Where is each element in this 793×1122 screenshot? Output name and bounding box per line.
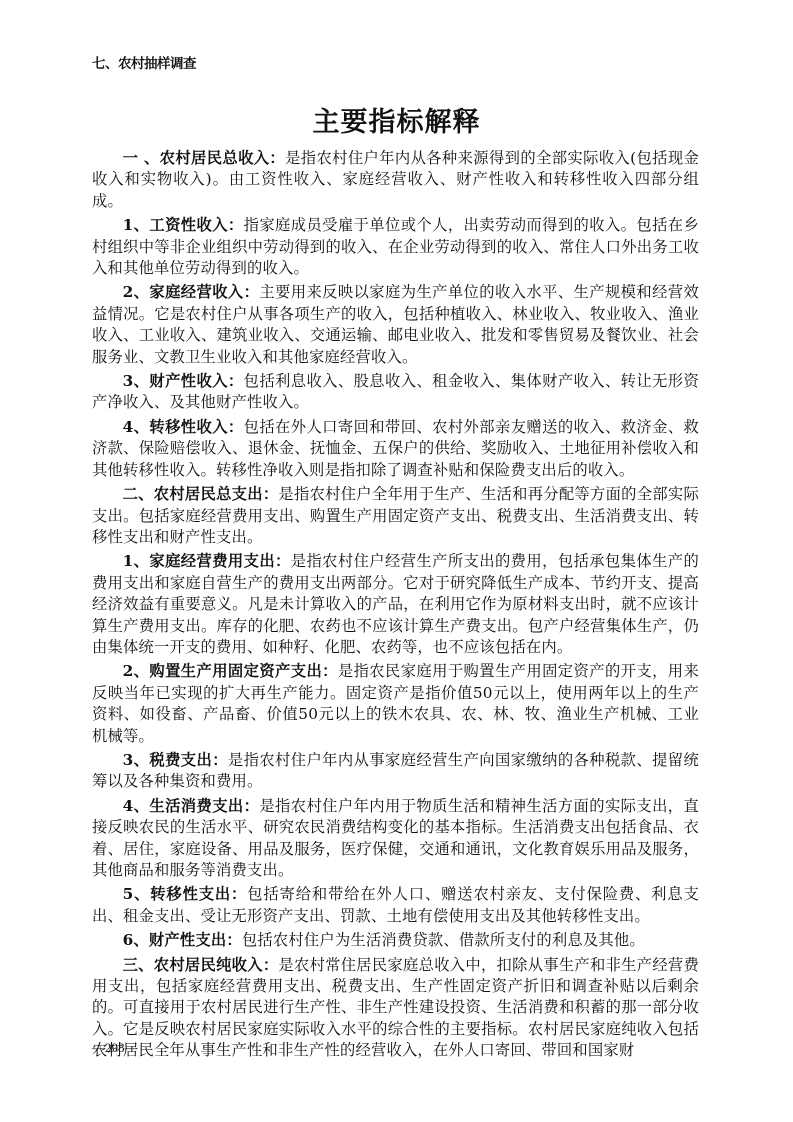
term: 4、转移性收入： (123, 418, 244, 436)
paragraph-household-business-income: 2、家庭经营收入：主要用来反映以家庭为生产单位的收入水平、生产规模和经营效益情况… (92, 282, 699, 368)
paragraph-wage-income: 1、工资性收入：指家庭成员受雇于单位或个人，出卖劳动而得到的收入。包括在乡村组织… (92, 215, 699, 279)
term: 三、农村居民纯收入： (123, 956, 279, 974)
term: 5、转移性支出： (123, 885, 248, 903)
document-body: 一 、农村居民总收入：是指农村住户年内从各种来源得到的全部实际收入(包括现金收入… (92, 148, 699, 1065)
definition: 包括农村住户为生活消费贷款、借款所支付的利息及其他。 (242, 931, 645, 949)
term: 4、生活消费支出： (123, 797, 260, 815)
paragraph-property-income: 3、财产性收入：包括利息收入、股息收入、租金收入、集体财产收入、转让无形资产净收… (92, 371, 699, 414)
page-number: —298— (92, 1040, 138, 1056)
paragraph-total-expenditure: 二、农村居民总支出：是指农村住户全年用于生产、生活和再分配等方面的全部实际支出。… (92, 484, 699, 548)
term: 一 、农村居民总收入： (123, 149, 286, 167)
term: 2、家庭经营收入： (123, 283, 260, 301)
paragraph-property-expense: 6、财产性支出：包括农村住户为生活消费贷款、借款所支付的利息及其他。 (92, 930, 699, 951)
paragraph-net-income: 三、农村居民纯收入：是农村常住居民家庭总收入中，扣除从事生产和非生产经营费用支出… (92, 955, 699, 1062)
paragraph-transfer-income: 4、转移性收入：包括在外人口寄回和带回、农村外部亲友赠送的收入、救济金、救济款、… (92, 417, 699, 481)
term: 3、财产性收入： (123, 372, 244, 390)
paragraph-business-expense: 1、家庭经营费用支出：是指农村住户经营生产所支出的费用，包括承包集体生产的费用支… (92, 551, 699, 658)
paragraph-total-income: 一 、农村居民总收入：是指农村住户年内从各种来源得到的全部实际收入(包括现金收入… (92, 148, 699, 212)
running-head: 七、农村抽样调查 (92, 52, 196, 72)
paragraph-transfer-expense: 5、转移性支出：包括寄给和带给在外人口、赠送农村亲友、支付保险费、利息支出、租金… (92, 884, 699, 927)
page-title: 主要指标解释 (0, 100, 793, 139)
term: 二、农村居民总支出： (123, 485, 279, 503)
term: 6、财产性支出： (123, 931, 242, 949)
term: 1、工资性收入： (123, 216, 244, 234)
paragraph-fixed-asset-expense: 2、购置生产用固定资产支出：是指农民家庭用于购置生产用固定资产的开支，用来反映当… (92, 661, 699, 747)
term: 3、税费支出： (123, 751, 228, 769)
paragraph-consumption-expense: 4、生活消费支出：是指农村住户年内用于物质生活和精神生活方面的实际支出，直接反映… (92, 796, 699, 882)
term: 1、家庭经营费用支出： (123, 552, 291, 570)
term: 2、购置生产用固定资产支出： (123, 662, 338, 680)
paragraph-tax-expense: 3、税费支出：是指农村住户年内从事家庭经营生产向国家缴纳的各种税款、提留统筹以及… (92, 750, 699, 793)
